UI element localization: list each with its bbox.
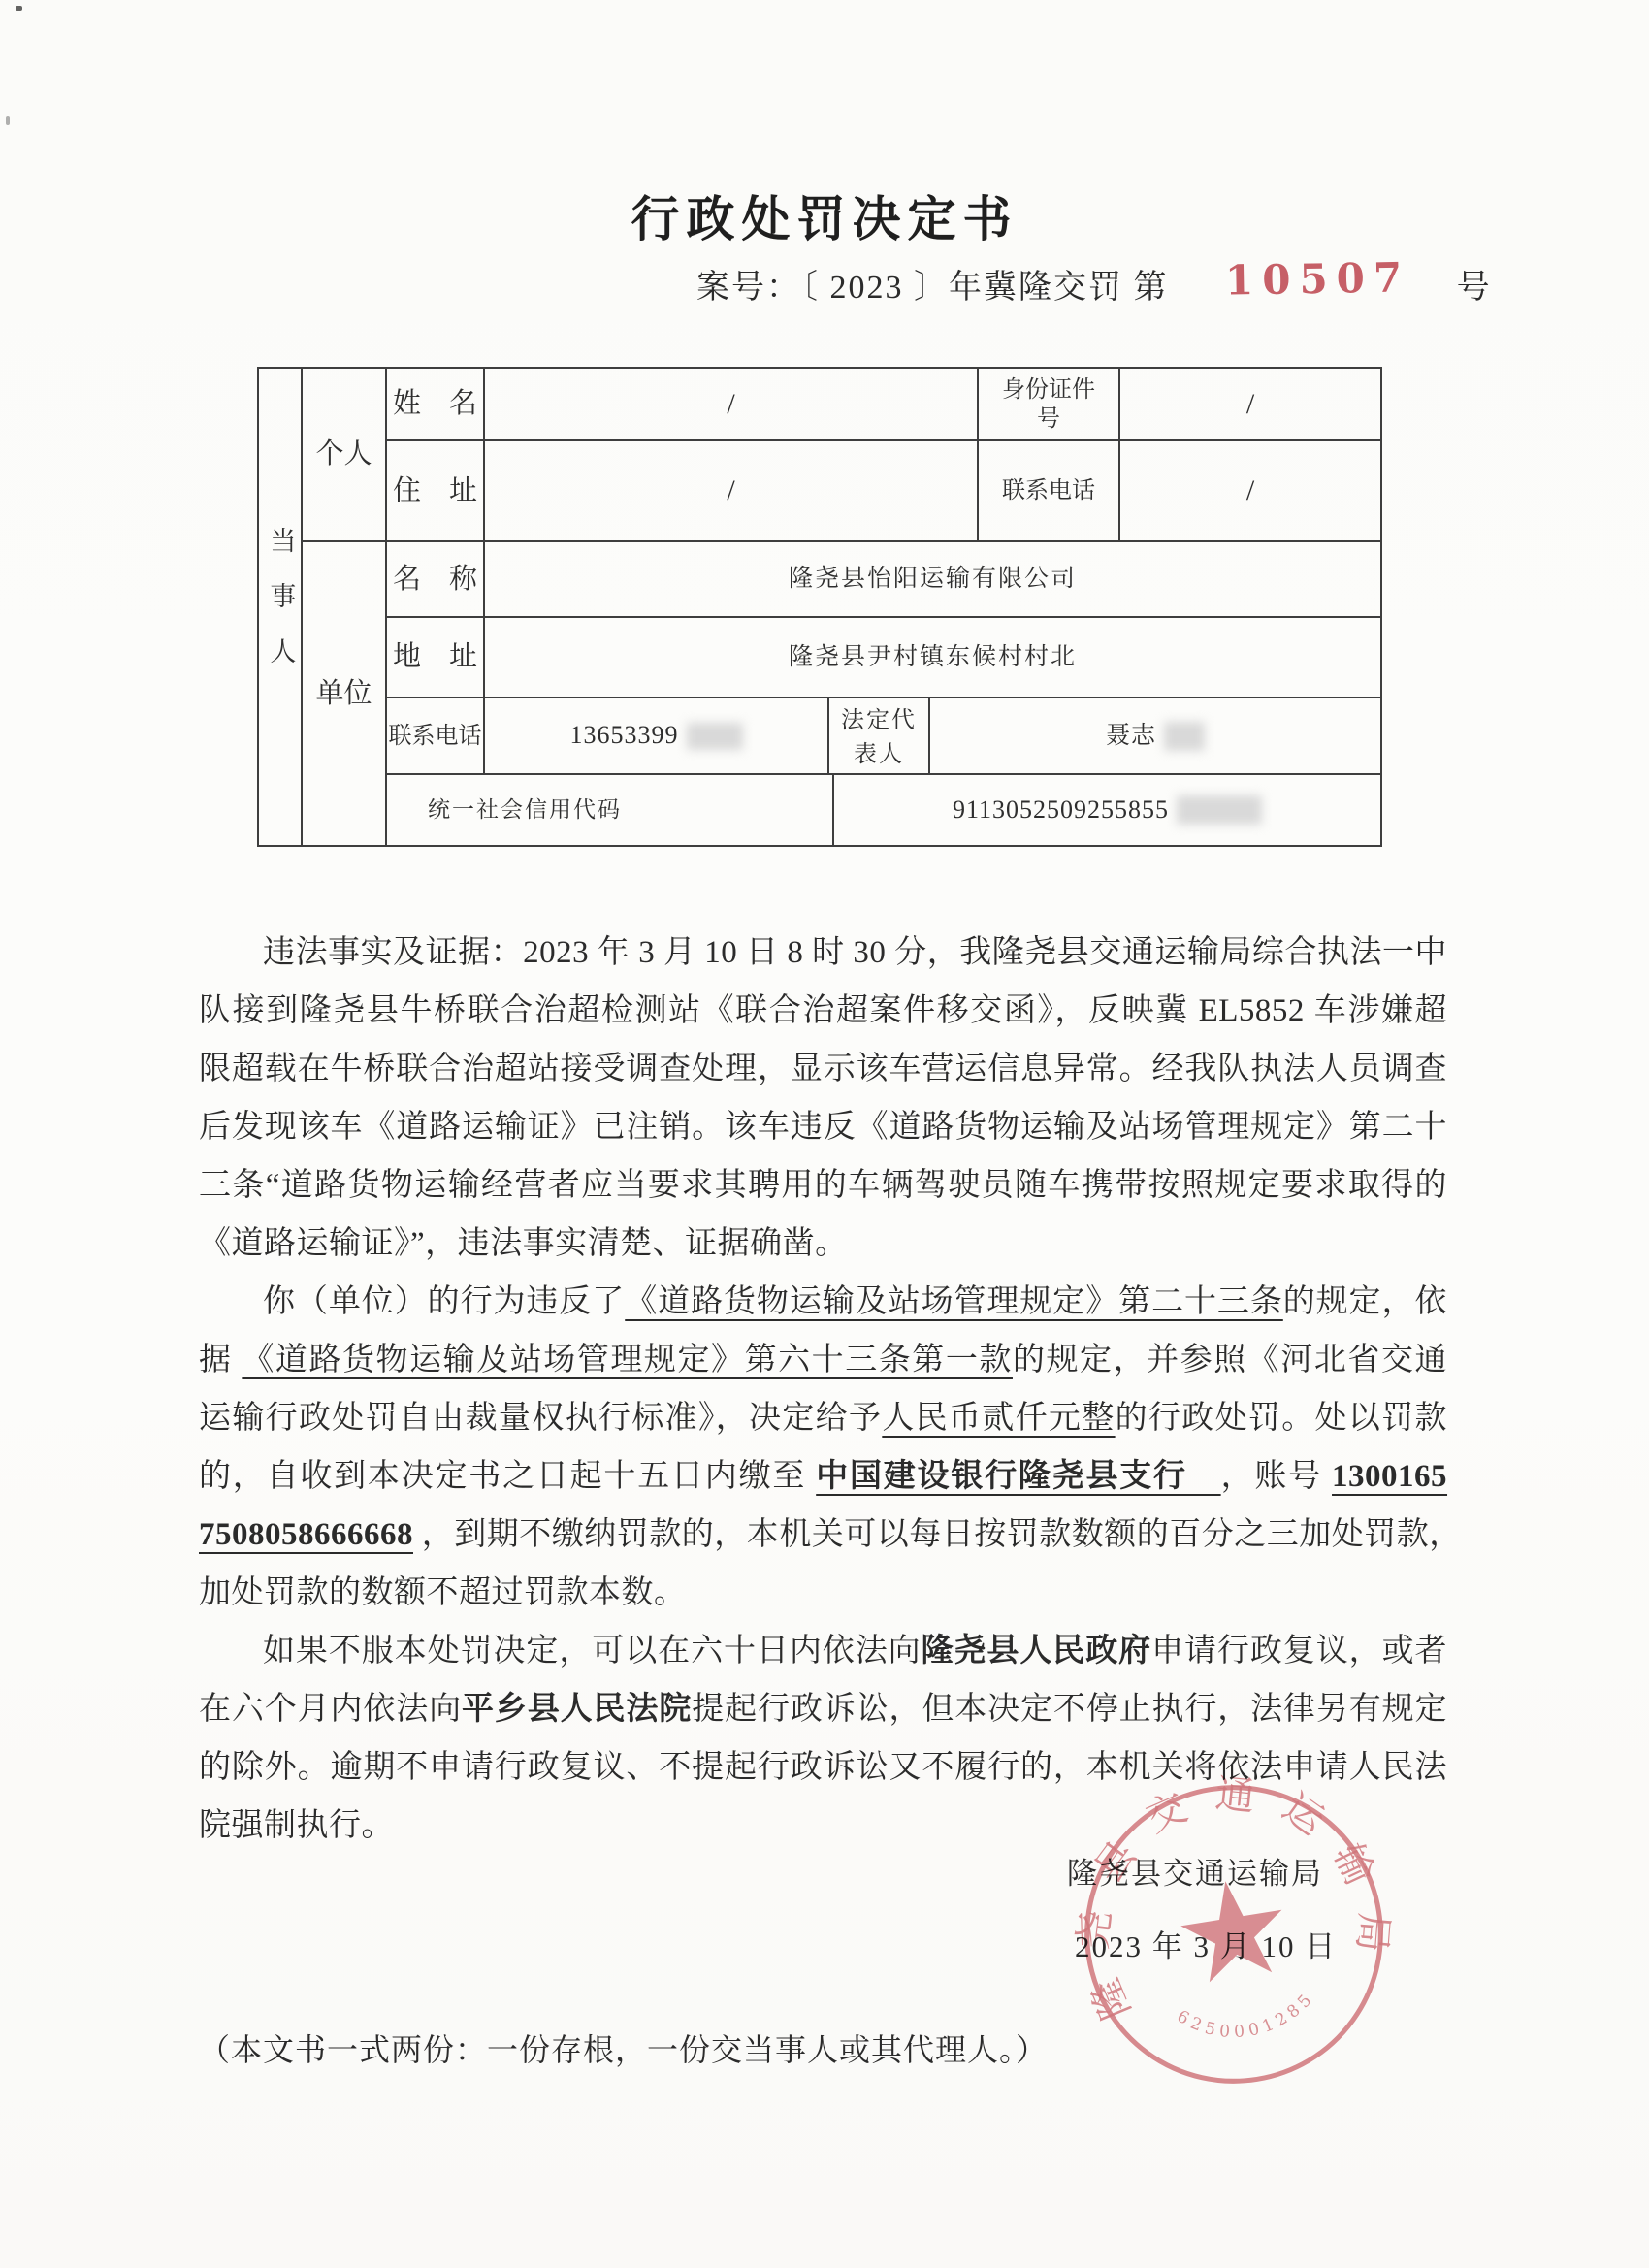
credit-code-text: 9113052509255855 [953, 794, 1169, 826]
table-cell-org-address-label: 地 址 [387, 618, 485, 698]
party-info-table: 当事人 个人 单位 姓 名 / 身份证件号 / 住 址 / 联系电话 / 名 称… [257, 367, 1382, 847]
body-line: 后发现该车《道路运输证》已注销。该车违反《道路货物运输及站场管理规定》第二十 [199, 1098, 1447, 1156]
footer-note: （本文书一式两份：一份存根，一份交当事人或其代理人。） [199, 2025, 1048, 2070]
body-segment: 三条“道路货物运输经营者应当要求其聘用的车辆驾驶员随车携带按照规定要求取得的 [199, 1168, 1447, 1203]
case-number-line: 案号：〔 2023 〕年冀隆交罚 第10507号 [696, 260, 1492, 308]
table-cell-address-value: / [485, 441, 979, 542]
body-line: 三条“道路货物运输经营者应当要求其聘用的车辆驾驶员随车携带按照规定要求取得的 [199, 1156, 1447, 1215]
table-cell-legal-rep-value: 聂志 [930, 698, 1380, 775]
body-segment: 的规定，并参照《河北省交通 [1013, 1343, 1447, 1377]
body-line: 限超载在牛桥联合治超站接受调查处理，显示该车营运信息异常。经我队执法人员调查 [199, 1040, 1447, 1098]
body-segment: 隆尧县人民政府 [921, 1634, 1152, 1669]
body-segment: 1300165 [1332, 1459, 1447, 1494]
issuing-agency: 隆尧县交通运输局 [1067, 1849, 1323, 1893]
body-segment: 违法事实及证据：2023 年 3 月 10 日 8 时 30 分，我隆尧县交通运… [263, 935, 1447, 970]
table-cell-phone-value: / [1120, 441, 1380, 542]
table-cell-credit-code-label: 统一社会信用代码 [387, 775, 834, 845]
table-cell-credit-code-value: 9113052509255855 [834, 775, 1380, 845]
body-segment: 的，自收到本决定书之日起十五日内缴至 [199, 1459, 816, 1494]
case-number-prefix: 案号：〔 2023 〕年冀隆交罚 第 [696, 270, 1169, 306]
scan-artifact [16, 6, 22, 11]
table-cell-org-address-value: 隆尧县尹村镇东候村村北 [485, 618, 1380, 698]
legal-rep-text: 聂志 [1106, 721, 1156, 751]
table-cell-name-value: / [485, 369, 979, 441]
table-cell-org-name-label: 名 称 [387, 542, 485, 618]
body-line: 运输行政处罚自由裁量权执行标准》，决定给予人民币贰仟元整的行政处罚。处以罚款 [199, 1389, 1447, 1447]
scan-artifact [6, 116, 10, 125]
body-segment: 加处罚款的数额不超过罚款本数。 [199, 1575, 687, 1610]
body-line: 7508058666668 ，到期不缴纳罚款的，本机关可以每日按罚款数额的百分之… [199, 1506, 1447, 1564]
body-segment: 的行政处罚。处以罚款 [1115, 1401, 1447, 1436]
table-cell-individual-label: 个人 [303, 369, 387, 542]
body-line: 如果不服本处罚决定，可以在六十日内依法向隆尧县人民政府申请行政复议，或者 [199, 1622, 1447, 1680]
body-segment: 7508058666668 [199, 1517, 413, 1552]
body-segment: 提起行政诉讼，但本决定不停止执行，法律另有规定 [692, 1692, 1447, 1727]
body-line: 院强制执行。 [199, 1797, 1447, 1855]
seal-serial-number: 6250001285 [1171, 1986, 1323, 2053]
body-segment: 申请行政复议，或者 [1151, 1634, 1447, 1669]
body-segment: 人民币贰仟元整 [882, 1401, 1115, 1436]
body-segment: 院强制执行。 [199, 1808, 394, 1843]
table-cell-org-phone-value: 13653399 [485, 698, 829, 775]
table-cell-id-label: 身份证件号 [979, 369, 1120, 441]
redaction-blur [1177, 795, 1262, 825]
body-segment: 如果不服本处罚决定，可以在六十日内依法向 [263, 1634, 921, 1669]
body-segment: 限超载在牛桥联合治超站接受调查处理，显示该车营运信息异常。经我队执法人员调查 [199, 1052, 1447, 1086]
body-segment: ，到期不缴纳罚款的，本机关可以每日按罚款数额的百分之三加处罚款， [413, 1517, 1462, 1552]
org-phone-text: 13653399 [570, 720, 679, 752]
body-segment: 《道路货物运输及站场管理规定》第二十三条 [625, 1284, 1283, 1319]
body-segment: 《道路货物运输及站场管理规定》第六十三条第一款 [242, 1343, 1013, 1377]
body-segment: 队接到隆尧县牛桥联合治超检测站《联合治超案件移交函》，反映冀 EL5852 车涉… [199, 993, 1447, 1028]
case-number-suffix: 号 [1457, 270, 1492, 306]
body-line: 加处罚款的数额不超过罚款本数。 [199, 1564, 1447, 1622]
table-cell-name-label: 姓 名 [387, 369, 485, 441]
table-cell-org-phone-label: 联系电话 [387, 698, 485, 775]
table-cell-legal-rep-label: 法定代表人 [829, 698, 930, 775]
body-segment: 的规定，依 [1283, 1284, 1447, 1319]
decision-date: 2023 年 3 月 10 日 [1075, 1922, 1337, 1965]
body-segment: 《道路运输证》”，违法事实清楚、证据确凿。 [199, 1226, 848, 1261]
body-segment: 你（单位）的行为违反了 [263, 1284, 625, 1319]
body-text: 违法事实及证据：2023 年 3 月 10 日 8 时 30 分，我隆尧县交通运… [199, 923, 1447, 1855]
body-segment: 中国建设银行隆尧县支行 [816, 1459, 1220, 1494]
body-line: 《道路运输证》”，违法事实清楚、证据确凿。 [199, 1215, 1447, 1273]
body-segment: 据 [199, 1343, 242, 1377]
body-segment: 在六个月内依法向 [199, 1692, 462, 1727]
body-line: 在六个月内依法向平乡县人民法院提起行政诉讼，但本决定不停止执行，法律另有规定 [199, 1680, 1447, 1738]
body-line: 的除外。逾期不申请行政复议、不提起行政诉讼又不履行的，本机关将依法申请人民法 [199, 1738, 1447, 1797]
document-title: 行政处罚决定书 [0, 180, 1649, 250]
table-cell-org-name-value: 隆尧县怡阳运输有限公司 [485, 542, 1380, 618]
svg-text:6250001285: 6250001285 [1171, 1986, 1323, 2053]
document-page: { "page": { "title": "行政处罚决定书" }, "case_… [0, 0, 1649, 2268]
redaction-blur [687, 723, 743, 750]
body-line: 队接到隆尧县牛桥联合治超检测站《联合治超案件移交函》，反映冀 EL5852 车涉… [199, 982, 1447, 1040]
table-cell-id-value: / [1120, 369, 1380, 441]
body-segment: 后发现该车《道路运输证》已注销。该车违反《道路货物运输及站场管理规定》第二十 [199, 1110, 1447, 1145]
body-segment: ，账号 [1221, 1459, 1332, 1494]
body-segment: 平乡县人民法院 [462, 1692, 692, 1727]
body-line: 你（单位）的行为违反了《道路货物运输及站场管理规定》第二十三条的规定，依 [199, 1273, 1447, 1331]
body-line: 违法事实及证据：2023 年 3 月 10 日 8 时 30 分，我隆尧县交通运… [199, 923, 1447, 982]
table-cell-phone-label: 联系电话 [979, 441, 1120, 542]
body-segment: 的除外。逾期不申请行政复议、不提起行政诉讼又不履行的，本机关将依法申请人民法 [199, 1750, 1447, 1785]
body-line: 据 《道路货物运输及站场管理规定》第六十三条第一款的规定，并参照《河北省交通 [199, 1331, 1447, 1389]
body-line: 的，自收到本决定书之日起十五日内缴至 中国建设银行隆尧县支行 ，账号 13001… [199, 1447, 1447, 1506]
redaction-blur [1164, 722, 1205, 751]
table-cell-organization-label: 单位 [303, 542, 387, 845]
case-number-stamp: 10507 [1224, 253, 1410, 304]
body-segment: 运输行政处罚自由裁量权执行标准》，决定给予 [199, 1401, 882, 1436]
table-cell-party-label: 当事人 [259, 369, 303, 845]
table-cell-address-label: 住 址 [387, 441, 485, 542]
